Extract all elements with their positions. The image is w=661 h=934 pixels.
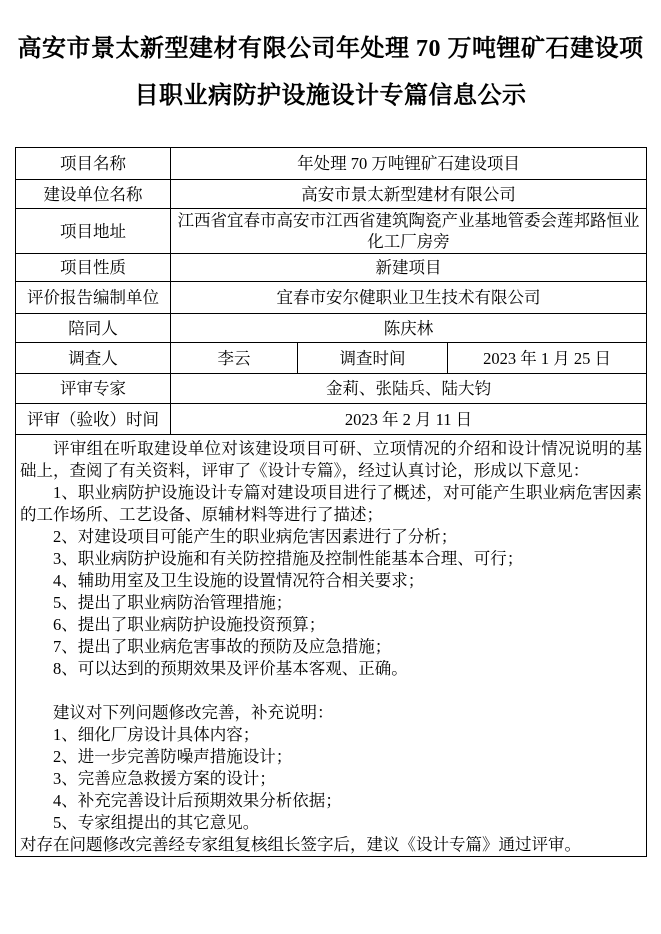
field-label: 调查时间 xyxy=(298,343,448,374)
table-row-review-experts: 评审专家 金莉、张陆兵、陆大钧 xyxy=(16,374,647,404)
field-value: 江西省宜春市高安市江西省建筑陶瓷产业基地管委会莲邦路恒业化工厂房旁 xyxy=(171,209,647,254)
document-title: 高安市景太新型建材有限公司年处理 70 万吨锂矿石建设项目职业病防护设施设计专篇… xyxy=(15,26,646,120)
field-label: 建设单位名称 xyxy=(16,180,171,209)
project-info-table: 项目名称 年处理 70 万吨锂矿石建设项目 建设单位名称 高安市景太新型建材有限… xyxy=(15,147,647,857)
opinion-paragraph: 1、细化厂房设计具体内容； xyxy=(20,724,642,746)
field-label: 评审专家 xyxy=(16,374,171,404)
review-opinions-text: 评审组在听取建设单位对该建设项目可研、立项情况的介绍和设计情况说明的基础上，查阅… xyxy=(20,438,642,856)
field-label: 陪同人 xyxy=(16,314,171,343)
field-value: 高安市景太新型建材有限公司 xyxy=(171,180,647,209)
opinion-paragraph: 3、完善应急救援方案的设计； xyxy=(20,768,642,790)
opinion-paragraph: 4、补充完善设计后预期效果分析依据； xyxy=(20,790,642,812)
opinion-conclusion: 对存在问题修改完善经专家组复核组长签字后，建议《设计专篇》通过评审。 xyxy=(20,834,642,856)
table-row-accompanying-person: 陪同人 陈庆林 xyxy=(16,314,647,343)
field-value: 2023 年 1 月 25 日 xyxy=(448,343,647,374)
opinion-paragraph: 评审组在听取建设单位对该建设项目可研、立项情况的介绍和设计情况说明的基础上，查阅… xyxy=(20,438,642,482)
table-row-project-name: 项目名称 年处理 70 万吨锂矿石建设项目 xyxy=(16,148,647,180)
table-row-investigator: 调查人 李云 调查时间 2023 年 1 月 25 日 xyxy=(16,343,647,374)
field-label: 项目地址 xyxy=(16,209,171,254)
table-row-review-time: 评审（验收）时间 2023 年 2 月 11 日 xyxy=(16,404,647,435)
review-opinions-cell: 评审组在听取建设单位对该建设项目可研、立项情况的介绍和设计情况说明的基础上，查阅… xyxy=(16,435,647,857)
opinion-paragraph: 7、提出了职业病危害事故的预防及应急措施； xyxy=(20,636,642,658)
field-label: 项目性质 xyxy=(16,254,171,282)
field-value: 2023 年 2 月 11 日 xyxy=(171,404,647,435)
opinion-paragraph: 4、辅助用室及卫生设施的设置情况符合相关要求； xyxy=(20,570,642,592)
opinion-paragraph: 8、可以达到的预期效果及评价基本客观、正确。 xyxy=(20,658,642,680)
field-label: 评价报告编制单位 xyxy=(16,282,171,314)
table-row-review-opinions: 评审组在听取建设单位对该建设项目可研、立项情况的介绍和设计情况说明的基础上，查阅… xyxy=(16,435,647,857)
blank-line xyxy=(20,680,642,702)
opinion-paragraph: 5、提出了职业病防治管理措施； xyxy=(20,592,642,614)
opinion-paragraph: 3、职业病防护设施和有关防控措施及控制性能基本合理、可行； xyxy=(20,548,642,570)
field-value: 宜春市安尔健职业卫生技术有限公司 xyxy=(171,282,647,314)
document-page: 高安市景太新型建材有限公司年处理 70 万吨锂矿石建设项目职业病防护设施设计专篇… xyxy=(0,0,661,934)
table-row-construction-unit: 建设单位名称 高安市景太新型建材有限公司 xyxy=(16,180,647,209)
field-label: 项目名称 xyxy=(16,148,171,180)
opinion-paragraph: 2、进一步完善防噪声措施设计； xyxy=(20,746,642,768)
opinion-paragraph: 1、职业病防护设施设计专篇对建设项目进行了概述，对可能产生职业病危害因素的工作场… xyxy=(20,482,642,526)
field-label: 评审（验收）时间 xyxy=(16,404,171,435)
table-row-report-compiler: 评价报告编制单位 宜春市安尔健职业卫生技术有限公司 xyxy=(16,282,647,314)
field-label: 调查人 xyxy=(16,343,171,374)
table-row-project-address: 项目地址 江西省宜春市高安市江西省建筑陶瓷产业基地管委会莲邦路恒业化工厂房旁 xyxy=(16,209,647,254)
opinion-paragraph: 6、提出了职业病防护设施投资预算； xyxy=(20,614,642,636)
opinion-paragraph: 建议对下列问题修改完善，补充说明： xyxy=(20,702,642,724)
field-value: 金莉、张陆兵、陆大钧 xyxy=(171,374,647,404)
field-value: 新建项目 xyxy=(171,254,647,282)
field-value: 陈庆林 xyxy=(171,314,647,343)
field-value: 年处理 70 万吨锂矿石建设项目 xyxy=(171,148,647,180)
field-value: 李云 xyxy=(171,343,298,374)
opinion-paragraph: 2、对建设项目可能产生的职业病危害因素进行了分析； xyxy=(20,526,642,548)
table-row-project-nature: 项目性质 新建项目 xyxy=(16,254,647,282)
opinion-paragraph: 5、专家组提出的其它意见。 xyxy=(20,812,642,834)
